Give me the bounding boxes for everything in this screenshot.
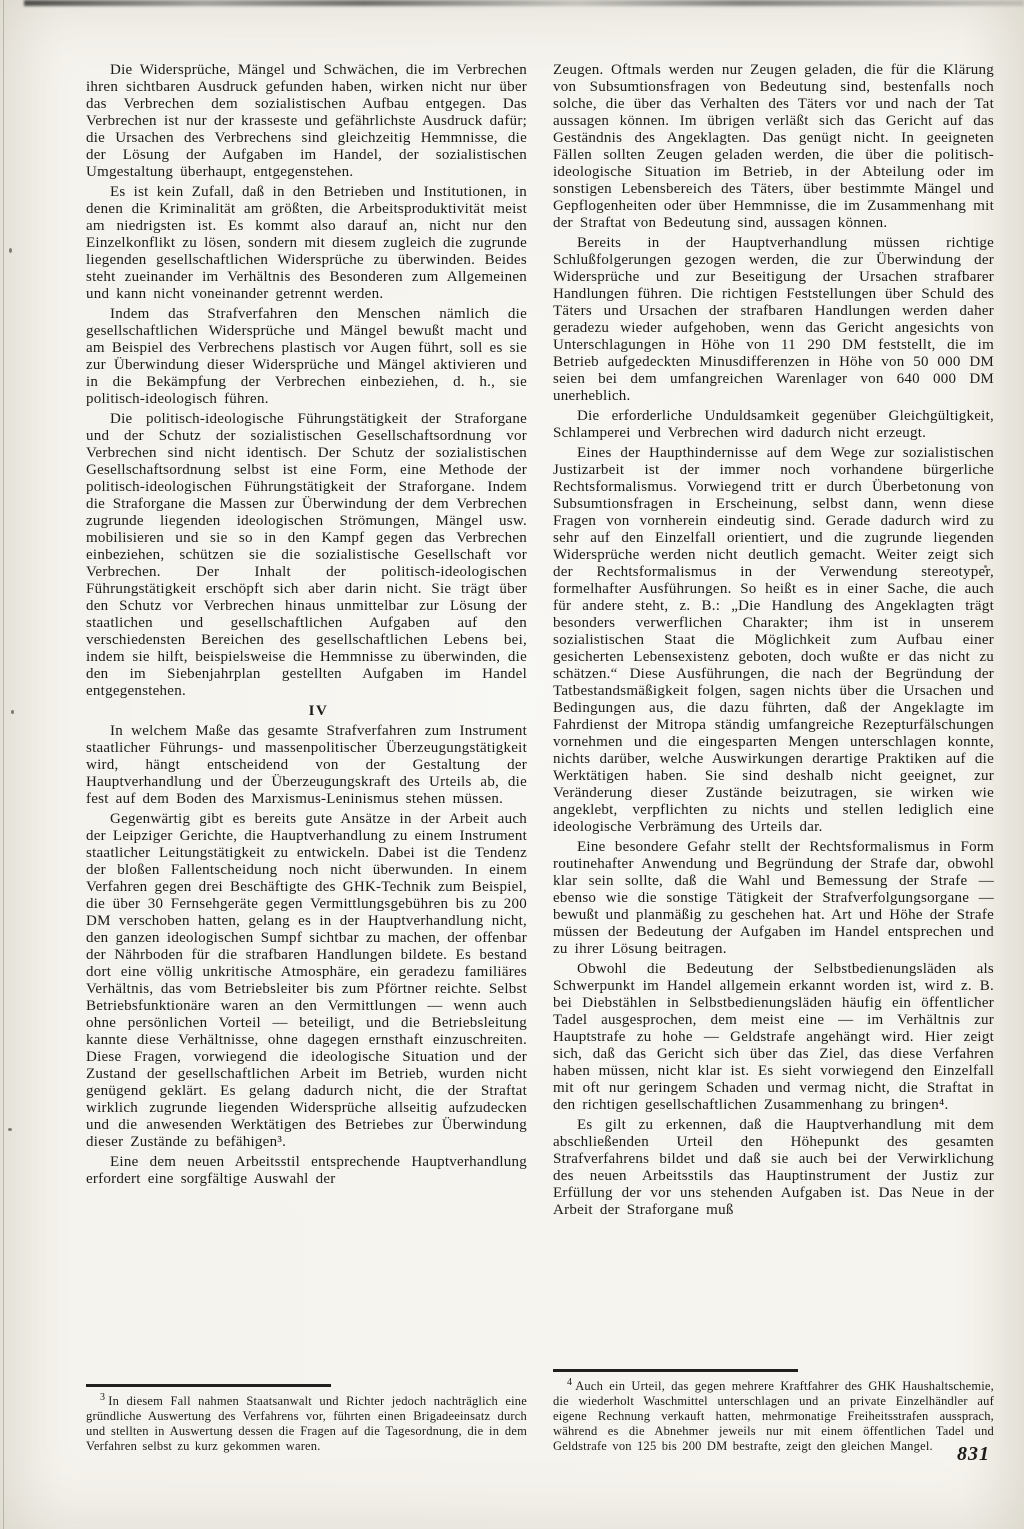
left-column: Die Widersprüche, Mängel und Schwächen, … [86, 62, 527, 1454]
page-number: 831 [957, 1443, 990, 1466]
paragraph: Die politisch-ideologische Führungstätig… [86, 411, 527, 700]
footnote: 4Auch ein Urteil, das gegen mehrere Kraf… [553, 1379, 994, 1454]
scan-speck [9, 248, 12, 253]
paragraph: Zeugen. Oftmals werden nur Zeugen gelade… [553, 62, 994, 232]
paragraph: Es gilt zu erkennen, daß die Hauptverhan… [553, 1117, 994, 1219]
page: Die Widersprüche, Mängel und Schwächen, … [0, 0, 1024, 1529]
footnote-block-left: 3In diesem Fall nahmen Staatsanwalt und … [86, 1384, 527, 1454]
paragraph: Die erforderliche Unduldsamkeit gegenübe… [553, 408, 994, 442]
footnote-marker: 3 [100, 1392, 105, 1403]
paragraph: Gegenwärtig gibt es bereits gute Ansätze… [86, 811, 527, 1151]
footnote-text: In diesem Fall nahmen Staatsanwalt und R… [86, 1394, 527, 1453]
paragraph: In welchem Maße das gesamte Strafverfahr… [86, 723, 527, 808]
paragraph: Bereits in der Hauptverhandlung müssen r… [553, 235, 994, 405]
text-columns: Die Widersprüche, Mängel und Schwächen, … [86, 62, 994, 1454]
scan-speck [11, 710, 14, 714]
paragraph: Indem das Strafverfahren den Menschen nä… [86, 306, 527, 408]
footnote-marker: 4 [567, 1377, 572, 1388]
footnote-divider [86, 1384, 331, 1387]
paragraph: Obwohl die Bedeutung der Selbstbedienung… [553, 961, 994, 1114]
section-heading: IV [86, 703, 527, 720]
paragraph: Eines der Haupthindernisse auf dem Wege … [553, 445, 994, 836]
paragraph: Eine besondere Gefahr stellt der Rechtsf… [553, 839, 994, 958]
paragraph: Es ist kein Zufall, daß in den Betrieben… [86, 184, 527, 303]
footnote: 3In diesem Fall nahmen Staatsanwalt und … [86, 1394, 527, 1454]
footnote-block-right: 4Auch ein Urteil, das gegen mehrere Kraf… [553, 1369, 994, 1454]
footnote-text: Auch ein Urteil, das gegen mehrere Kraft… [553, 1379, 994, 1453]
paragraph: Die Widersprüche, Mängel und Schwächen, … [86, 62, 527, 181]
scan-speck [8, 1128, 12, 1131]
footnote-divider [553, 1369, 798, 1372]
scan-edge-line [3, 0, 4, 1529]
scan-smudge-top [24, 0, 1024, 6]
right-column: Zeugen. Oftmals werden nur Zeugen gelade… [553, 62, 994, 1454]
paragraph: Eine dem neuen Arbeitsstil entsprechende… [86, 1154, 527, 1188]
